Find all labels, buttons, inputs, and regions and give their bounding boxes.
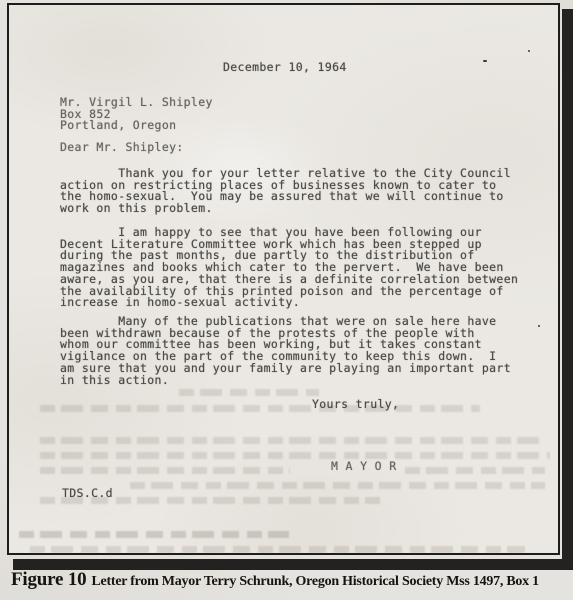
figure-caption: Figure 10Letter from Mayor Terry Schrunk… (11, 569, 571, 591)
ghost-text-line (405, 467, 545, 474)
letter-date: December 10, 1964 (223, 62, 347, 74)
ghost-text-line (19, 531, 289, 538)
letter-paragraph-1: Thank you for your letter relative to th… (60, 168, 511, 215)
letter-paragraph-2: I am happy to see that you have been fol… (60, 227, 518, 309)
frame-shadow-right (562, 9, 573, 570)
letter-paragraph-3: Many of the publications that were on sa… (60, 316, 511, 386)
figure-label: Figure 10 (11, 569, 86, 590)
salutation: Dear Mr. Shipley: (60, 142, 184, 154)
letter-frame: December 10, 1964 Mr. Virgil L. Shipley … (7, 3, 560, 555)
recipient-address: Mr. Virgil L. Shipley Box 852 Portland, … (60, 97, 213, 132)
ghost-text-line (130, 482, 545, 489)
scanned-document-page: December 10, 1964 Mr. Virgil L. Shipley … (0, 0, 573, 600)
scan-speck (483, 60, 487, 62)
mayor-signature: M A Y O R (331, 461, 396, 473)
scan-speck (528, 50, 530, 52)
closing: Yours truly, (312, 399, 399, 411)
ghost-text-line (30, 546, 525, 553)
ghost-text-line (40, 467, 290, 474)
ghost-text-line (179, 389, 319, 396)
ghost-text-line (40, 437, 545, 444)
scan-speck (538, 325, 540, 327)
typist-initials: TDS.C.d (62, 488, 113, 500)
figure-caption-text: Letter from Mayor Terry Schrunk, Oregon … (91, 574, 538, 589)
ghost-text-line (40, 452, 550, 459)
ghost-text-line (40, 405, 480, 412)
